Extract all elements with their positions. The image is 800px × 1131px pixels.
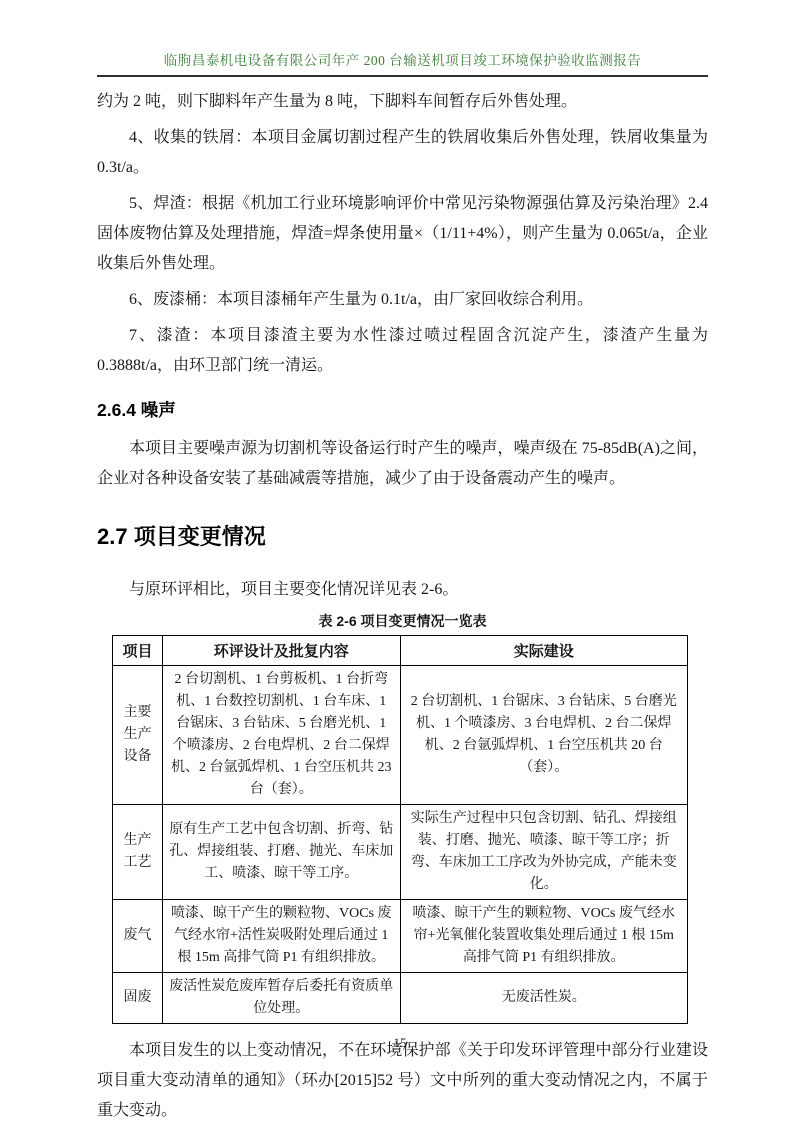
paragraph-scrap-continuation: 约为 2 吨，则下脚料年产生量为 8 吨，下脚料车间暂存后外售处理。: [97, 87, 708, 117]
table-row-solid-waste: 固废 废活性炭危废库暂存后委托有资质单位处理。 无废活性炭。: [113, 973, 688, 1024]
column-header-item: 项目: [113, 636, 163, 666]
cell-design: 2 台切割机、1 台剪板机、1 台折弯机、1 台数控切割机、1 台车床、1 台锯…: [162, 666, 400, 805]
cell-actual: 无废活性炭。: [400, 973, 687, 1024]
document-page: 临朐昌泰机电设备有限公司年产 200 台输送机项目竣工环境保护验收监测报告 约为…: [0, 0, 800, 1131]
cell-actual: 喷漆、晾干产生的颗粒物、VOCs 废气经水帘+光氧催化装置收集处理后通过 1 根…: [400, 900, 687, 973]
project-change-table: 项目 环评设计及批复内容 实际建设 主要生产设备 2 台切割机、1 台剪板机、1…: [112, 635, 688, 1024]
paragraph-noise-body: 本项目主要噪声源为切割机等设备运行时产生的噪声，噪声级在 75-85dB(A)之…: [97, 434, 708, 494]
running-header-title: 临朐昌泰机电设备有限公司年产 200 台输送机项目竣工环境保护验收监测报告: [97, 52, 708, 70]
cell-actual: 实际生产过程中只包含切割、钻孔、焊接组装、打磨、抛光、喷漆、晾干等工序；折弯、车…: [400, 805, 687, 900]
paragraph-paint-residue: 7、漆渣：本项目漆渣主要为水性漆过喷过程固含沉淀产生，漆渣产生量为 0.3888…: [97, 321, 708, 381]
cell-design: 原有生产工艺中包含切割、折弯、钻孔、焊接组装、打磨、抛光、车床加工、喷漆、晾干等…: [162, 805, 400, 900]
table-row-process: 生产工艺 原有生产工艺中包含切割、折弯、钻孔、焊接组装、打磨、抛光、车床加工、喷…: [113, 805, 688, 900]
document-header: 临朐昌泰机电设备有限公司年产 200 台输送机项目竣工环境保护验收监测报告: [97, 52, 708, 77]
table-caption: 表 2-6 项目变更情况一览表: [97, 611, 708, 631]
paragraph-change-intro: 与原环评相比，项目主要变化情况详见表 2-6。: [97, 575, 708, 605]
column-header-design: 环评设计及批复内容: [162, 636, 400, 666]
document-body: 约为 2 吨，则下脚料年产生量为 8 吨，下脚料车间暂存后外售处理。 4、收集的…: [97, 87, 708, 1126]
cell-item: 废气: [113, 900, 163, 973]
table-header-row: 项目 环评设计及批复内容 实际建设: [113, 636, 688, 666]
section-heading-project-change: 2.7 项目变更情况: [97, 520, 708, 551]
cell-design: 喷漆、晾干产生的颗粒物、VOCs 废气经水帘+活性炭吸附处理后通过 1 根 15…: [162, 900, 400, 973]
paragraph-welding-slag: 5、焊渣：根据《机加工行业环境影响评价中常见污染物源强估算及污染治理》2.4 固…: [97, 189, 708, 279]
section-heading-noise: 2.6.4 噪声: [97, 397, 708, 422]
table-row-equipment: 主要生产设备 2 台切割机、1 台剪板机、1 台折弯机、1 台数控切割机、1 台…: [113, 666, 688, 805]
cell-item: 生产工艺: [113, 805, 163, 900]
column-header-actual: 实际建设: [400, 636, 687, 666]
paragraph-iron-scraps: 4、收集的铁屑：本项目金属切割过程产生的铁屑收集后外售处理，铁屑收集量为 0.3…: [97, 123, 708, 183]
cell-item: 固废: [113, 973, 163, 1024]
cell-design: 废活性炭危废库暂存后委托有资质单位处理。: [162, 973, 400, 1024]
cell-actual: 2 台切割机、1 台锯床、3 台钻床、5 台磨光机、1 个喷漆房、3 台电焊机、…: [400, 666, 687, 805]
table-row-exhaust-gas: 废气 喷漆、晾干产生的颗粒物、VOCs 废气经水帘+活性炭吸附处理后通过 1 根…: [113, 900, 688, 973]
header-divider: [97, 75, 708, 77]
page-number: 15: [0, 1035, 800, 1051]
cell-item: 主要生产设备: [113, 666, 163, 805]
paragraph-waste-paint-buckets: 6、废漆桶：本项目漆桶年产生量为 0.1t/a，由厂家回收综合利用。: [97, 285, 708, 315]
